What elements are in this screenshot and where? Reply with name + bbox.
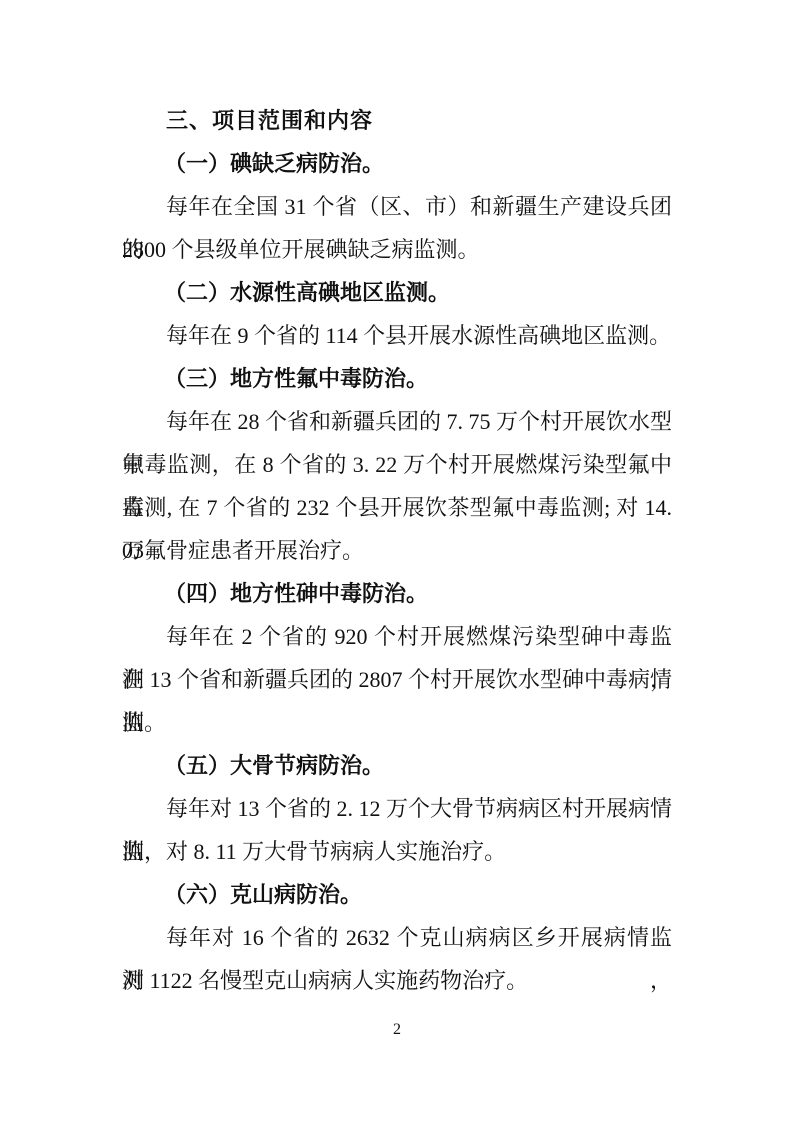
paragraph-line: 每年对 13 个省的 2. 12 万个大骨节病病区村开展病情监 (122, 787, 672, 830)
paragraph-line: 监测, 在 7 个省的 232 个县开展饮茶型氟中毒监测; 对 14. 03 (122, 486, 672, 529)
paragraph-line: 中毒监测，在 8 个省的 3. 22 万个村开展燃煤污染型氟中毒 (122, 443, 672, 486)
heading-item-6-keshan-disease: （六）克山病防治。 (122, 873, 672, 916)
heading-item-2-high-iodine-areas: （二）水源性高碘地区监测。 (122, 271, 672, 314)
paragraph-line: 每年在 28 个省和新疆兵团的 7. 75 万个村开展饮水型氟 (122, 400, 672, 443)
paragraph-line: 每年在 9 个省的 114 个县开展水源性高碘地区监测。 (122, 314, 672, 357)
paragraph-line: 测，对 8. 11 万大骨节病病人实施治疗。 (122, 830, 672, 873)
paragraph-line: 2800 个县级单位开展碘缺乏病监测。 (122, 228, 672, 271)
heading-section-3: 三、项目范围和内容 (122, 99, 672, 142)
heading-item-4-arsenic-poisoning: （四）地方性砷中毒防治。 (122, 572, 672, 615)
paragraph-line: 在 13 个省和新疆兵团的 2807 个村开展饮水型砷中毒病情监 (122, 658, 672, 701)
paragraph-line: 每年在全国 31 个省（区、市）和新疆生产建设兵团的 (122, 185, 672, 228)
document-body: 三、项目范围和内容 （一）碘缺乏病防治。 每年在全国 31 个省（区、市）和新疆… (122, 99, 672, 1002)
paragraph-line: 每年对 16 个省的 2632 个克山病病区乡开展病情监测， (122, 916, 672, 959)
page-number: 2 (0, 1018, 794, 1042)
paragraph-line: 万氟骨症患者开展治疗。 (122, 529, 672, 572)
heading-item-1-iodine-deficiency: （一）碘缺乏病防治。 (122, 142, 672, 185)
heading-item-3-fluorosis: （三）地方性氟中毒防治。 (122, 357, 672, 400)
paragraph-line: 测。 (122, 701, 672, 744)
heading-item-5-kashin-beck-disease: （五）大骨节病防治。 (122, 744, 672, 787)
document-page: 三、项目范围和内容 （一）碘缺乏病防治。 每年在全国 31 个省（区、市）和新疆… (0, 0, 794, 1122)
paragraph-line: 每年在 2 个省的 920 个村开展燃煤污染型砷中毒监测， (122, 615, 672, 658)
